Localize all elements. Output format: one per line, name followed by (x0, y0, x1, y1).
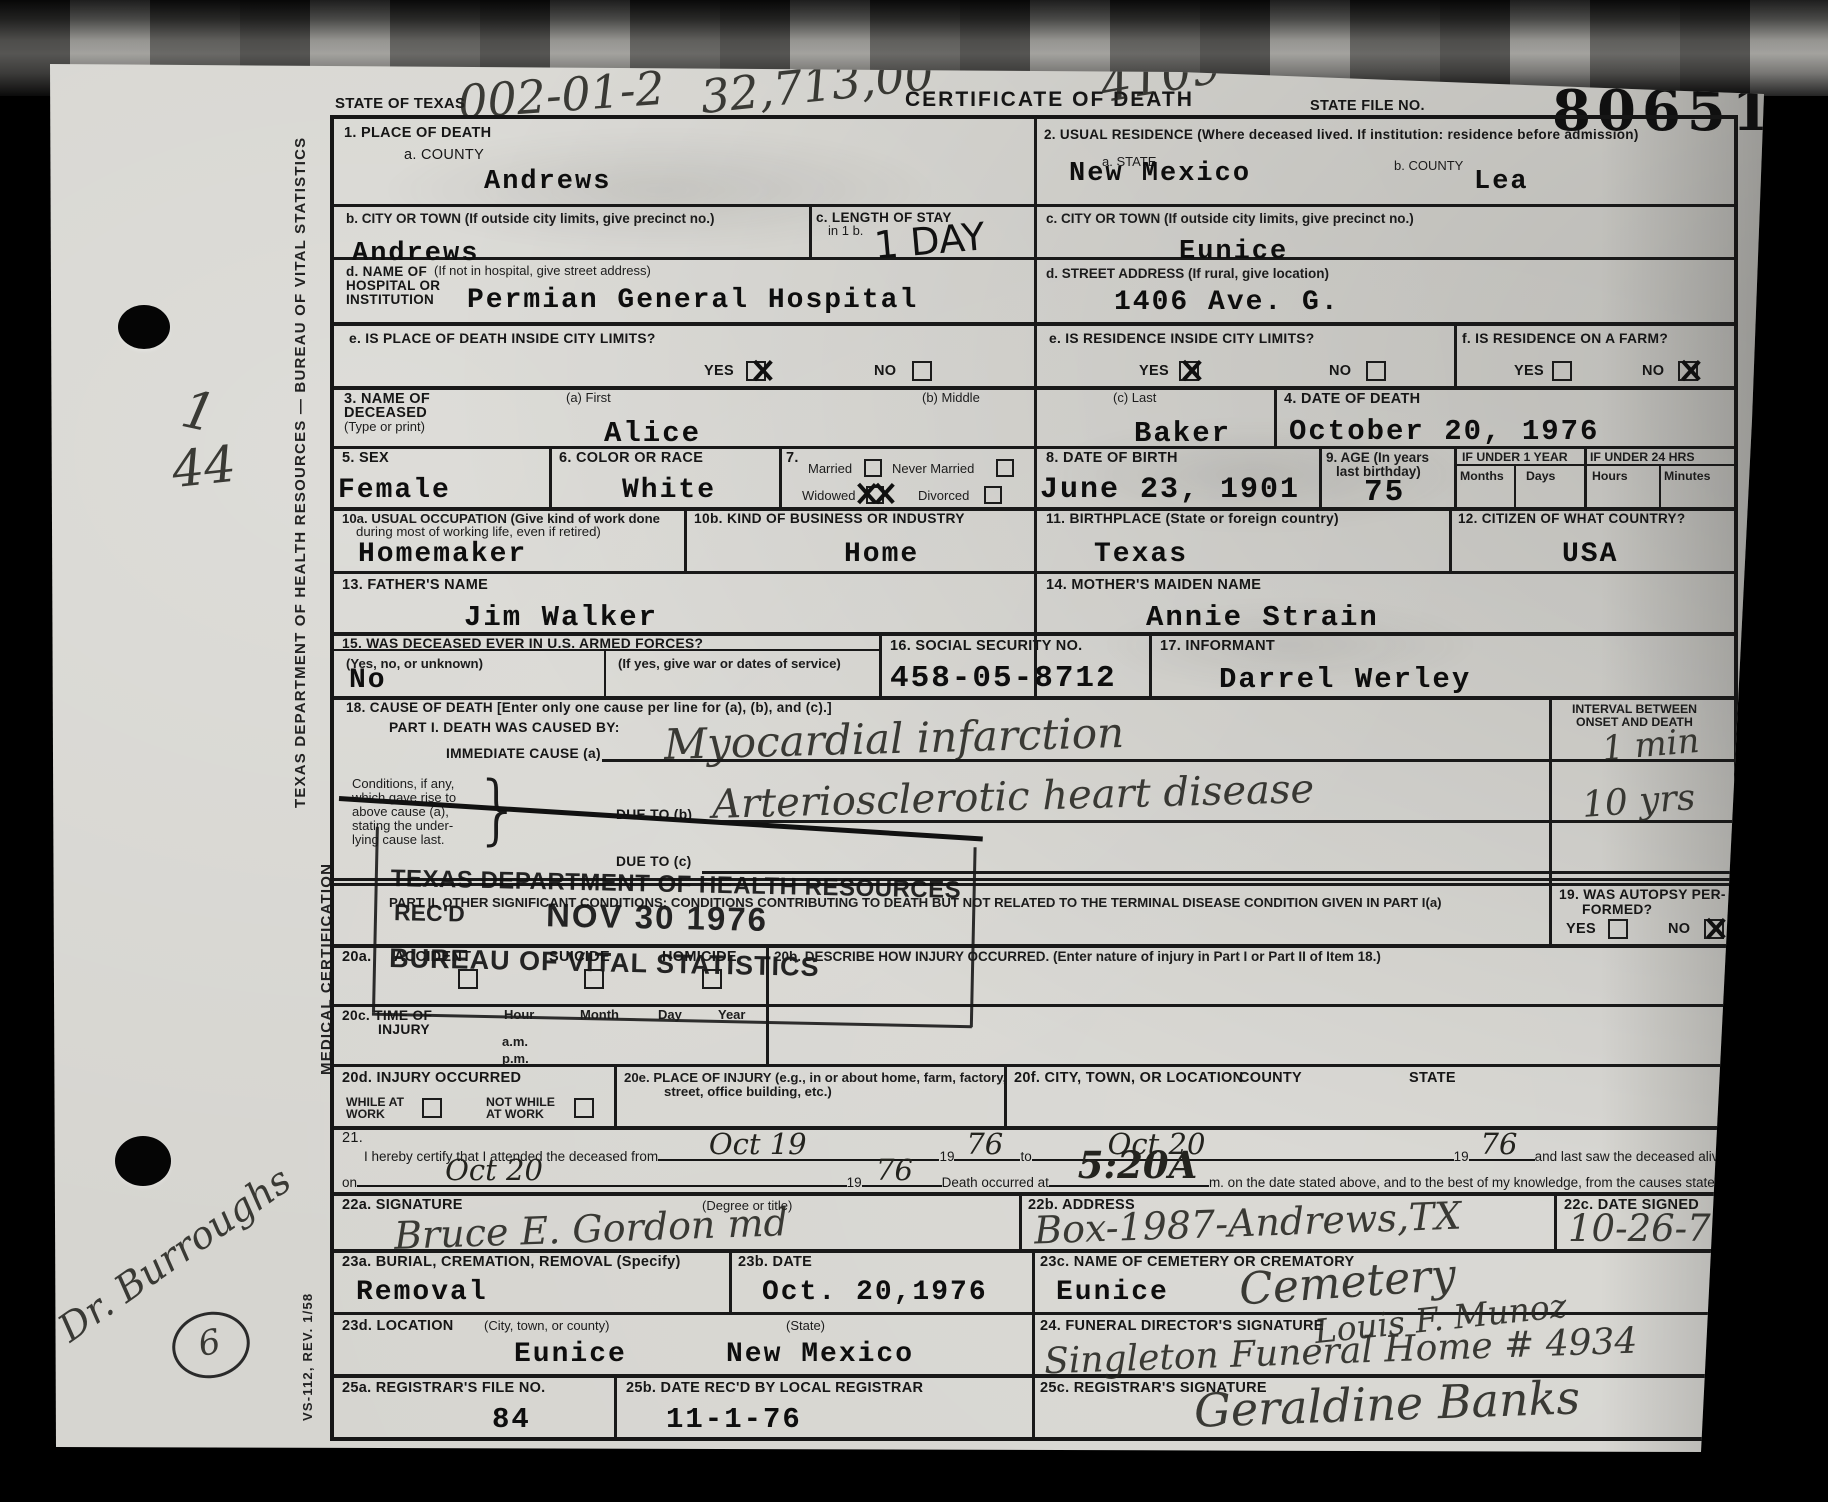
immediate-cause-label: IMMEDIATE CAUSE (a) (446, 746, 601, 762)
alive-on-value: Oct 20 (445, 1153, 543, 1187)
death-city-limits-yes: YES (704, 363, 734, 380)
year-2-blank: 76 (1469, 1141, 1535, 1161)
age-value: 75 (1364, 477, 1405, 508)
last-name-label: (c) Last (1113, 391, 1156, 406)
year-3-blank: 76 (862, 1167, 942, 1187)
months-label: Months (1460, 469, 1504, 483)
year-1-value: 76 (966, 1127, 1003, 1161)
residence-city-label: c. CITY OR TOWN (If outside city limits,… (1046, 211, 1414, 227)
x-mark-icon (1705, 917, 1725, 939)
while-at-work-checkbox (422, 1098, 442, 1118)
armed-forces-note-2: (If yes, give war or dates of service) (618, 656, 841, 671)
day-label: Day (658, 1008, 682, 1023)
year-prefix-1: 19 (939, 1149, 954, 1164)
state-file-no-label: STATE FILE NO. (1310, 98, 1425, 115)
burial-value: Removal (356, 1279, 488, 1307)
margin-handwritten-doctor: Dr. Burroughs (50, 1158, 299, 1351)
residence-city-value: Eunice (1179, 239, 1288, 266)
length-of-stay-sub: in 1 b. (828, 224, 863, 239)
margin-circled-number: 6 (195, 1321, 224, 1365)
date-recd-label: 25b. DATE REC'D BY LOCAL REGISTRAR (626, 1380, 923, 1397)
alive-on-blank: Oct 20 (357, 1167, 847, 1187)
informant-value: Darrel Werley (1219, 665, 1471, 694)
father-name-value: Jim Walker (464, 603, 658, 632)
certify-text-4: m. on the date stated above, and to the … (1209, 1175, 1726, 1190)
residence-farm-label: f. IS RESIDENCE ON A FARM? (1462, 331, 1668, 347)
not-while-at-work-checkbox (574, 1098, 594, 1118)
accident-checkbox (458, 969, 478, 989)
certify-text-3: Death occurred at (942, 1175, 1049, 1190)
minutes-label: Minutes (1664, 469, 1710, 483)
residence-county-label: b. COUNTY (1394, 159, 1463, 174)
hospital-label-3: INSTITUTION (346, 292, 434, 308)
year-3-value: 76 (876, 1153, 913, 1187)
never-married-label: Never Married (892, 462, 974, 477)
last-name-value: Baker (1134, 419, 1231, 448)
never-married-checkbox (996, 459, 1014, 477)
suicide-label: SUICIDE (549, 949, 610, 966)
citizen-label: 12. CITIZEN OF WHAT COUNTRY? (1458, 511, 1685, 527)
father-name-label: 13. FATHER'S NAME (342, 577, 488, 594)
accident-section-label: 20a. (342, 949, 371, 966)
hours-label: Hours (1592, 469, 1628, 483)
length-of-stay-value: 1 DAY (872, 214, 987, 268)
certificate-paper: TEXAS DEPARTMENT OF HEALTH RESOURCES — B… (0, 0, 1828, 1502)
burial-date-label: 23b. DATE (738, 1254, 812, 1271)
homicide-checkbox (702, 969, 722, 989)
county-value: Andrews (484, 169, 611, 196)
margin-handwritten-44: 44 (169, 435, 238, 499)
interval-a-value: 1 min (1600, 721, 1701, 769)
registrar-file-no-label: 25a. REGISTRAR'S FILE NO. (342, 1380, 546, 1397)
sex-label: 5. SEX (342, 450, 389, 467)
date-of-death-value: October 20, 1976 (1289, 417, 1599, 446)
if-under-1-year-label: IF UNDER 1 YEAR (1462, 450, 1568, 464)
location-state-note: (State) (786, 1319, 825, 1334)
margin-circled-mark: 6 (166, 1305, 256, 1386)
attended-from-value: Oct 19 (709, 1127, 807, 1161)
certify-line-1: I hereby certify that I attended the dec… (364, 1141, 1726, 1164)
pm-label: p.m. (502, 1052, 529, 1067)
burial-label: 23a. BURIAL, CREMATION, REMOVAL (Specify… (342, 1254, 681, 1271)
citizen-value: USA (1562, 541, 1618, 569)
date-of-birth-value: June 23, 1901 (1040, 475, 1300, 505)
suicide-checkbox (584, 969, 604, 989)
stamp-date: NOV 30 1976 (546, 896, 769, 939)
birthplace-label: 11. BIRTHPLACE (State or foreign country… (1046, 511, 1339, 527)
mother-name-label: 14. MOTHER'S MAIDEN NAME (1046, 577, 1261, 594)
death-city-limits-label: e. IS PLACE OF DEATH INSIDE CITY LIMITS? (349, 331, 656, 347)
death-city-limits-no: NO (874, 363, 896, 380)
to-label: to (1020, 1149, 1031, 1164)
am-label: a.m. (502, 1035, 528, 1050)
residence-city-limits-yes: YES (1139, 363, 1169, 380)
first-name-label: (a) First (566, 391, 611, 406)
month-label: Month (580, 1008, 619, 1023)
injury-city-label: 20f. CITY, TOWN, OR LOCATION (1014, 1070, 1243, 1087)
while-at-work-label-2: WORK (346, 1107, 385, 1121)
autopsy-label-2: FORMED? (1582, 902, 1652, 918)
hour-label: Hour (504, 1008, 534, 1023)
year-2-value: 76 (1481, 1127, 1518, 1161)
residence-county-value: Lea (1474, 169, 1529, 196)
received-stamp: TEXAS DEPARTMENT OF HEALTH RESOURCES REC… (372, 805, 980, 1036)
time-of-injury-label-2: INJURY (378, 1022, 430, 1038)
certify-text-2: and last saw the deceased alive (1535, 1149, 1726, 1164)
middle-name-label: (b) Middle (922, 391, 980, 406)
scanned-death-certificate: TEXAS DEPARTMENT OF HEALTH RESOURCES — B… (0, 0, 1828, 1502)
part1-label: PART I. DEATH WAS CAUSED BY: (389, 720, 620, 736)
margin-handwritten-1: 1 (176, 379, 221, 445)
death-time-value: 5:20A (1078, 1143, 1198, 1187)
mother-name-value: Annie Strain (1146, 603, 1379, 632)
place-of-death-label: 1. PLACE OF DEATH (344, 125, 491, 142)
residence-city-limits-label: e. IS RESIDENCE INSIDE CITY LIMITS? (1049, 331, 1315, 347)
race-label: 6. COLOR OR RACE (559, 450, 703, 467)
year-prefix-2: 19 (1454, 1149, 1469, 1164)
stamp-recd: REC'D (394, 899, 465, 927)
residence-farm-no: NO (1642, 363, 1664, 380)
residence-farm-yes-checkbox (1552, 361, 1572, 381)
on-label: on (342, 1175, 357, 1190)
occupation-value: Homemaker (358, 541, 527, 569)
burial-date-value: Oct. 20,1976 (762, 1279, 988, 1307)
autopsy-yes-label: YES (1566, 921, 1596, 938)
x-mark-icon (874, 482, 894, 504)
item-21-number: 21. (342, 1130, 363, 1147)
location-city-value: Eunice (514, 1341, 627, 1369)
business-label: 10b. KIND OF BUSINESS OR INDUSTRY (694, 511, 965, 527)
street-address-label: d. STREET ADDRESS (If rural, give locati… (1046, 266, 1329, 282)
residence-farm-yes: YES (1514, 363, 1544, 380)
location-state-value: New Mexico (726, 1341, 914, 1369)
informant-label: 17. INFORMANT (1160, 638, 1275, 655)
place-of-injury-label-2: street, office building, etc.) (664, 1084, 832, 1099)
autopsy-no-label: NO (1668, 921, 1690, 938)
year-prefix-3: 19 (847, 1175, 862, 1190)
date-of-death-label: 4. DATE OF DEATH (1284, 391, 1420, 408)
punch-hole (115, 1136, 171, 1186)
autopsy-yes-checkbox (1608, 919, 1628, 939)
ssn-label: 16. SOCIAL SECURITY NO. (890, 638, 1083, 655)
accident-label: ACCIDENT (394, 949, 471, 966)
county-label: a. COUNTY (404, 147, 484, 164)
divorced-checkbox (984, 486, 1002, 504)
interval-b-value: 10 yrs (1581, 777, 1697, 826)
cemetery-value-typed: Eunice (1056, 1279, 1169, 1307)
death-city-limits-no-checkbox (912, 361, 932, 381)
widowed-label: Widowed (802, 489, 855, 504)
x-mark-icon (752, 359, 772, 381)
ssn-value: 458-05-8712 (890, 663, 1117, 694)
street-address-value: 1406 Ave. G. (1114, 289, 1340, 317)
married-label: Married (808, 462, 852, 477)
city-or-town-label: b. CITY OR TOWN (If outside city limits,… (346, 211, 715, 227)
residence-state-value: New Mexico (1069, 161, 1251, 188)
location-city-note: (City, town, or county) (484, 1319, 609, 1334)
registrar-file-no-value: 84 (492, 1405, 531, 1434)
certify-line-2: on Oct 20 19 76 Death occurred at 5:20A … (342, 1167, 1726, 1190)
birthplace-value: Texas (1094, 541, 1188, 569)
hospital-value: Permian General Hospital (467, 287, 918, 315)
race-value: White (622, 477, 716, 505)
days-label: Days (1526, 469, 1555, 483)
punch-hole (118, 305, 170, 349)
certificate-form: 1. PLACE OF DEATH a. COUNTY Andrews 2. U… (330, 115, 1738, 1441)
injury-occurred-label: 20d. INJURY OCCURRED (342, 1070, 521, 1087)
if-under-24-hrs-label: IF UNDER 24 HRS (1590, 450, 1695, 464)
business-value: Home (844, 541, 919, 569)
state-of-texas-label: STATE OF TEXAS (335, 95, 465, 112)
margin-department-text: TEXAS DEPARTMENT OF HEALTH RESOURCES — B… (292, 278, 309, 808)
marital-section-label: 7. (786, 450, 799, 467)
divorced-label: Divorced (918, 489, 969, 504)
year-label: Year (718, 1008, 745, 1023)
place-of-injury-label-1: 20e. PLACE OF INJURY (e.g., in or about … (624, 1070, 1006, 1085)
x-mark-icon (1181, 359, 1201, 381)
year-1-blank: 76 (954, 1141, 1020, 1161)
describe-injury-label: 20b. DESCRIBE HOW INJURY OCCURRED. (Ente… (774, 949, 1381, 965)
residence-city-limits-no: NO (1329, 363, 1351, 380)
injury-county-label: COUNTY (1239, 1070, 1302, 1087)
homicide-label: HOMICIDE (662, 949, 737, 966)
married-checkbox (864, 459, 882, 477)
sex-value: Female (338, 477, 451, 505)
cause-of-death-label: 18. CAUSE OF DEATH [Enter only one cause… (346, 700, 832, 716)
location-label: 23d. LOCATION (342, 1318, 454, 1335)
residence-city-limits-no-checkbox (1366, 361, 1386, 381)
date-of-birth-label: 8. DATE OF BIRTH (1046, 450, 1178, 467)
death-time-blank: 5:20A (1049, 1167, 1209, 1187)
usual-residence-label: 2. USUAL RESIDENCE (Where deceased lived… (1044, 127, 1639, 143)
date-recd-value: 11-1-76 (666, 1405, 802, 1434)
injury-state-label: STATE (1409, 1070, 1456, 1087)
autopsy-label-1: 19. WAS AUTOPSY PER- (1559, 887, 1726, 903)
date-signed-value: 10-26-76 (1568, 1207, 1734, 1250)
hospital-note: (If not in hospital, give street address… (434, 264, 651, 279)
margin-form-code-text: VS-112, REV. 1/58 (300, 1286, 315, 1421)
occupation-label-2: during most of working life, even if ret… (356, 524, 601, 539)
not-while-at-work-label-2: AT WORK (486, 1107, 544, 1121)
x-mark-icon (1680, 359, 1700, 381)
armed-forces-label: 15. WAS DECEASED EVER IN U.S. ARMED FORC… (342, 636, 703, 652)
armed-forces-value: No (349, 667, 387, 695)
type-or-print-note: (Type or print) (344, 420, 425, 435)
first-name-value: Alice (604, 419, 701, 448)
x-mark-icon (856, 482, 876, 504)
